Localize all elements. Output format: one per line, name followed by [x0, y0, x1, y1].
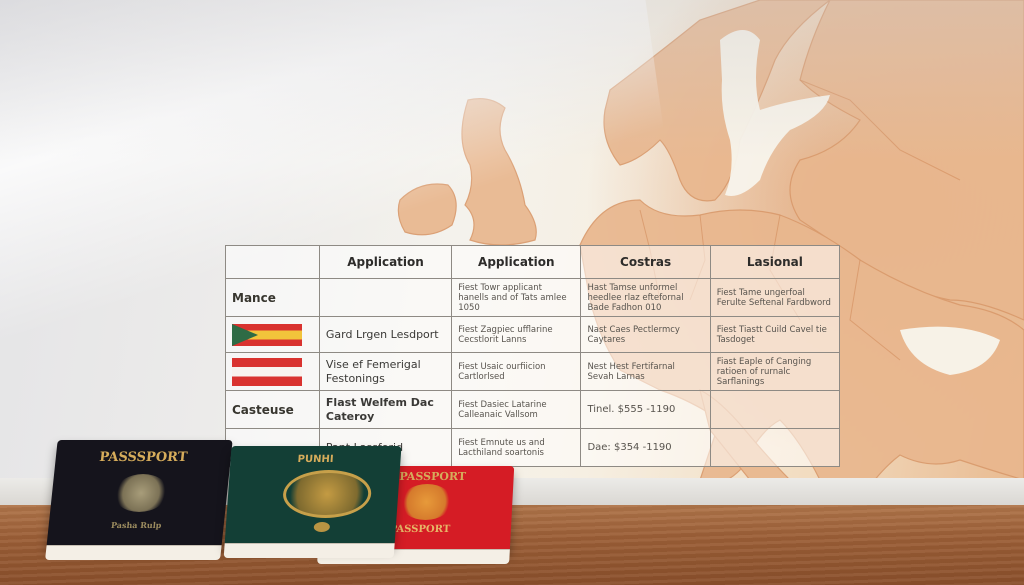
eagle-seal-icon	[112, 474, 170, 512]
table-row: Casteuse Flast Welfem Dac Cateroy Fiest …	[226, 391, 840, 429]
passport-pages	[45, 545, 222, 560]
table-row: Gard Lrgen Lesdport Fiest Zagpiec ufflar…	[226, 317, 840, 353]
table-cell	[319, 279, 451, 317]
passport-pages	[224, 543, 395, 558]
round-crest-icon	[281, 470, 372, 518]
visa-comparison-table: Application Application Costras Lasional…	[225, 245, 840, 467]
header-cell: Application	[319, 246, 451, 279]
passport-title: PASSSPORT	[55, 450, 232, 465]
row-flag-cell	[226, 353, 320, 391]
table-cell: Gard Lrgen Lesdport	[319, 317, 451, 353]
flag-icon	[232, 324, 302, 346]
table-row: Mance Fiest Towr applicant hanells and o…	[226, 279, 840, 317]
table-cell: Flast Welfem Dac Cateroy	[319, 391, 451, 429]
table-cell: Fiest Emnute us and Lacthiland soartonis	[452, 429, 581, 467]
flag-icon	[232, 358, 302, 386]
table-cell: Fiast Eaple of Canging ratioen of rurnal…	[710, 353, 839, 391]
table-cell	[710, 391, 839, 429]
passport-green: PUNHI	[225, 446, 402, 546]
passport-title: PUNHI	[230, 454, 401, 465]
header-cell: Lasional	[710, 246, 839, 279]
table-cell: Fiest Usaic ourfiicion Cartlorlsed	[452, 353, 581, 391]
coat-of-arms-icon	[399, 484, 453, 520]
header-cell: Application	[452, 246, 581, 279]
row-label: Mance	[226, 279, 320, 317]
table-cell: Fiest Towr applicant hanells and of Tats…	[452, 279, 581, 317]
table-cell: Nest Hest Fertifarnal Sevah Larnas	[581, 353, 710, 391]
price-cell: Tinel. $555 -1190	[581, 391, 710, 429]
table-cell: Hast Tamse unformel heedlee rlaz eftefor…	[581, 279, 710, 317]
table-header-row: Application Application Costras Lasional	[226, 246, 840, 279]
table-cell	[710, 429, 839, 467]
table-cell: Fiest Dasiec Latarine Calleanaic Vallsom	[452, 391, 581, 429]
passport-black: PASSSPORT Pasha Rulp	[46, 440, 232, 548]
row-flag-cell	[226, 317, 320, 353]
table-cell: Vise ef Femerigal Festonings	[319, 353, 451, 391]
table-cell: Fiest Tiastt Cuild Cavel tie Tasdoget	[710, 317, 839, 353]
header-cell	[226, 246, 320, 279]
table-cell: Fiest Tame ungerfoal Ferulte Seftenal Fa…	[710, 279, 839, 317]
header-cell: Costras	[581, 246, 710, 279]
table-cell: Fiest Zagpiec ufflarine Cecstlorit Lanns	[452, 317, 581, 353]
row-label: Casteuse	[226, 391, 320, 429]
price-cell: Dae: $354 -1190	[581, 429, 710, 467]
photo-scene: Application Application Costras Lasional…	[0, 0, 1024, 585]
table-cell: Nast Caes Pectlermcy Caytares	[581, 317, 710, 353]
table-row: Vise ef Femerigal Festonings Fiest Usaic…	[226, 353, 840, 391]
passport-subtitle: Pasha Rulp	[48, 520, 224, 530]
chip-symbol-icon	[313, 522, 330, 532]
top-shadow	[0, 0, 1024, 160]
